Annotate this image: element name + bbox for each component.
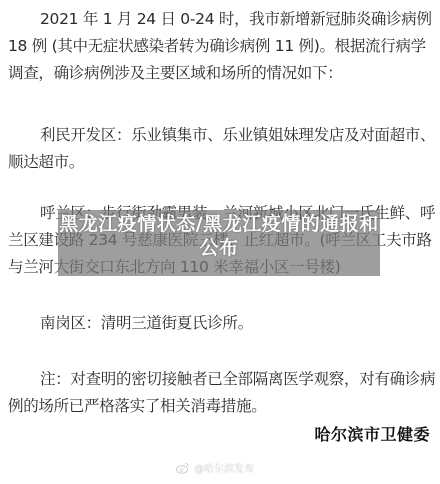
overlay-title: 黑龙江疫情状态/黑龙江疫情的通报和公布 [58,212,380,260]
signature: 哈尔滨市卫健委 [314,422,430,445]
limin-district-paragraph: 利民开发区：乐业镇集市、乐业镇姐妹理发店及对面超市、顺达超市。 [8,122,436,176]
note-paragraph: 注：对查明的密切接触者已全部隔离医学观察，对有确诊病例的场所已严格落实了相关消毒… [8,366,436,420]
intro-paragraph: 2021 年 1 月 24 日 0-24 时，我市新增新冠肺炎确诊病例 18 例… [8,6,436,87]
watermark-text: @哈尔滨发布 [194,460,254,475]
watermark: @哈尔滨发布 [176,460,254,475]
notice-document: 2021 年 1 月 24 日 0-24 时，我市新增新冠肺炎确诊病例 18 例… [0,0,440,484]
weibo-icon [176,462,190,474]
nangang-district-paragraph: 南岗区：清明三道街夏氏诊所。 [8,310,436,337]
